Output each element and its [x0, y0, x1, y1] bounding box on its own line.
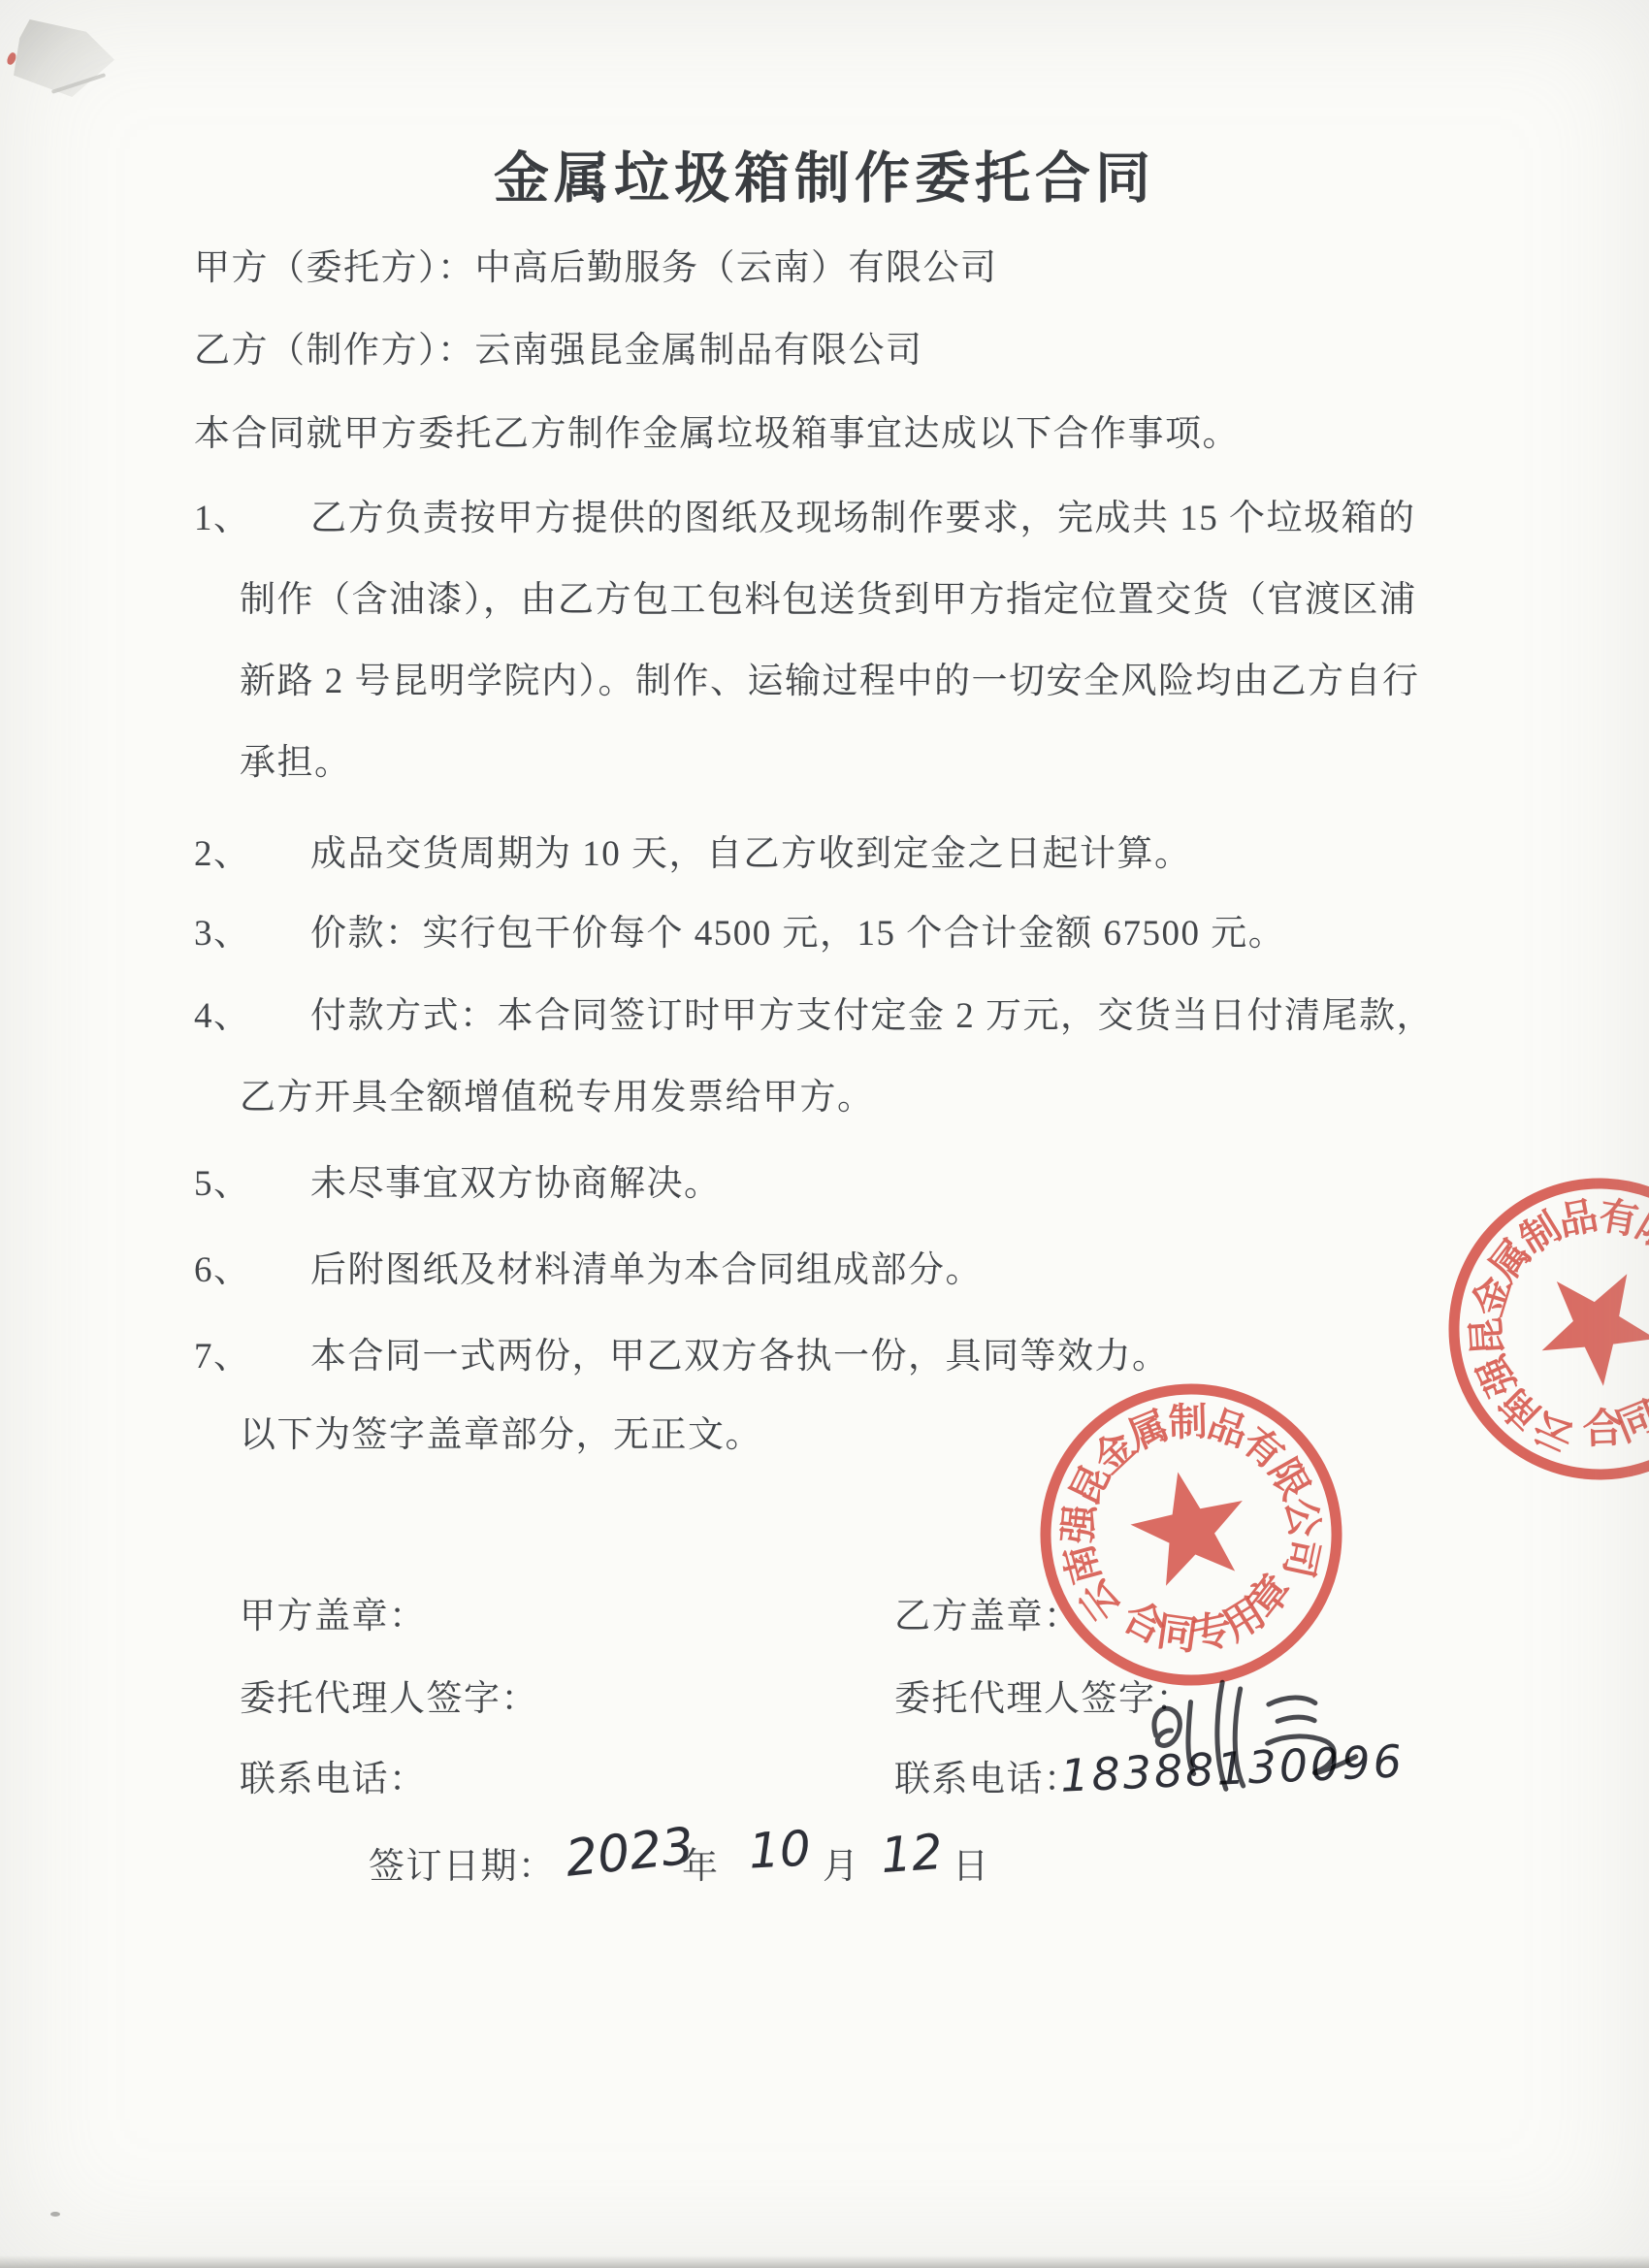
seal-company-char: 制 — [1512, 1205, 1568, 1262]
clause-3-number: 3、 — [194, 910, 310, 958]
seal-type-char: 同 — [1610, 1394, 1649, 1450]
clause-1-line-2: 制作（含油漆），由乙方包工包料包送货到甲方指定位置交货（官渡区浦 — [240, 576, 1417, 625]
clause-6-text: 后附图纸及材料清单为本合同组成部分。 — [310, 1250, 983, 1290]
seal-company-char: 昆 — [1464, 1315, 1510, 1357]
intro-line: 本合同就甲方委托乙方制作金属垃圾箱事宜达成以下合作事项。 — [194, 410, 1240, 459]
seal-type-char: 合 — [1115, 1594, 1173, 1653]
day-unit: 日 — [953, 1836, 989, 1889]
party-b-seal-label: 乙方盖章： — [894, 1586, 1082, 1638]
seal-type-char: 同 — [1154, 1609, 1201, 1659]
seal-company-char: 南 — [1056, 1539, 1109, 1588]
clause-2-line-1: 2、成品交货周期为 10 天，自乙方收到定金之日起计算。 — [194, 830, 1192, 879]
bottom-speck-artifact — [50, 2212, 60, 2217]
clause-4-text: 付款方式：本合同签订时甲方支付定金 2 万元，交货当日付清尾款， — [310, 996, 1434, 1036]
handwritten-month: 10 — [748, 1820, 813, 1879]
handwritten-day: 12 — [879, 1824, 945, 1884]
seal-company-char: 南 — [1491, 1379, 1549, 1438]
handwritten-year: 2023 — [563, 1817, 696, 1889]
scanned-contract-page: 金属垃圾箱制作委托合同 甲方（委托方）：中高后勤服务（云南）有限公司 乙方（制作… — [0, 0, 1649, 2268]
clause-7-line-1: 7、本合同一式两份，甲乙双方各执一份，具同等效力。 — [194, 1333, 1170, 1381]
red-star-icon — [1514, 1243, 1649, 1400]
seal-company-char: 属 — [1122, 1403, 1175, 1458]
party-a-line: 甲方（委托方）：中高后勤服务（云南）有限公司 — [194, 244, 998, 293]
clause-3-text: 价款：实行包干价每个 4500 元，15 个合计金额 67500 元。 — [310, 914, 1285, 954]
clause-2-text: 成品交货周期为 10 天，自乙方收到定金之日起计算。 — [310, 834, 1192, 874]
clause-4-line-1: 4、付款方式：本合同签订时甲方支付定金 2 万元，交货当日付清尾款， — [194, 992, 1434, 1041]
clause-1-number: 1、 — [194, 495, 310, 543]
month-unit: 月 — [823, 1836, 859, 1889]
closing-line: 以下为签字盖章部分，无正文。 — [240, 1411, 762, 1460]
seal-company-char: 限 — [1629, 1204, 1649, 1261]
red-star-icon — [1122, 1460, 1257, 1590]
clause-6-line-1: 6、后附图纸及材料清单为本合同组成部分。 — [194, 1247, 983, 1295]
seal-company-char: 昆 — [1062, 1458, 1118, 1512]
party-a-seal-label: 甲方盖章： — [240, 1586, 427, 1638]
seal-type-char: 合 — [1582, 1406, 1625, 1452]
clause-6-number: 6、 — [194, 1247, 310, 1295]
scan-edge-shadow — [0, 2255, 1649, 2268]
clause-3-line-1: 3、价款：实行包干价每个 4500 元，15 个合计金额 67500 元。 — [194, 910, 1285, 958]
seal-company-char: 属 — [1481, 1232, 1539, 1289]
seal-company-char: 金 — [1466, 1272, 1519, 1321]
clause-4-number: 4、 — [194, 992, 310, 1041]
clause-4-line-2: 乙方开具全额增值税专用发票给甲方。 — [240, 1074, 875, 1122]
seal-company-char: 制 — [1168, 1400, 1208, 1444]
seal-company-char: 限 — [1261, 1451, 1318, 1507]
contract-title: 金属垃圾箱制作委托合同 — [0, 134, 1649, 213]
seal-company-char: 强 — [1055, 1502, 1103, 1546]
seal-company-char: 公 — [1277, 1495, 1327, 1539]
seal-ring — [1394, 1123, 1649, 1535]
party-a-phone-label: 联系电话： — [240, 1749, 427, 1801]
date-label: 签订日期： — [369, 1836, 556, 1889]
seal-type-char: 专 — [1636, 1373, 1649, 1434]
clause-5-number: 5、 — [194, 1160, 310, 1209]
party-a-agent-label: 委托代理人签字： — [240, 1669, 538, 1721]
seal-company-char: 金 — [1085, 1423, 1144, 1481]
clause-5-text: 未尽事宜双方协商解决。 — [310, 1164, 722, 1204]
seal-company-char: 品 — [1203, 1402, 1254, 1456]
seal-company-char: 强 — [1469, 1348, 1525, 1404]
seal-ring — [1018, 1362, 1364, 1707]
seal-type-char: 专 — [1187, 1606, 1237, 1660]
clause-2-number: 2、 — [194, 830, 310, 879]
clause-1-line-1: 1、乙方负责按甲方提供的图纸及现场制作要求，完成共 15 个垃圾箱的 — [194, 495, 1416, 543]
seal-type-char: 用 — [1215, 1591, 1274, 1650]
seal-company-char: 有 — [1235, 1419, 1293, 1477]
seal-company-char: 司 — [1276, 1535, 1326, 1581]
clause-1-line-4: 承担。 — [240, 739, 352, 788]
party-b-line: 乙方（制作方）：云南强昆金属制品有限公司 — [194, 327, 923, 375]
seal-company-char: 品 — [1555, 1193, 1601, 1244]
seal-company-char: 云 — [1527, 1404, 1580, 1459]
seal-company-char: 有 — [1596, 1193, 1641, 1243]
clause-1-text: 乙方负责按甲方提供的图纸及现场制作要求，完成共 15 个垃圾箱的 — [310, 499, 1416, 538]
party-b-phone-label: 联系电话： — [894, 1749, 1082, 1801]
clause-7-number: 7、 — [194, 1333, 310, 1381]
year-unit: 年 — [682, 1836, 719, 1889]
clause-1-line-3: 新路 2 号昆明学院内）。制作、运输过程中的一切安全风险均由乙方自行 — [240, 658, 1420, 706]
clause-5-line-1: 5、未尽事宜双方协商解决。 — [194, 1160, 722, 1209]
handwritten-signature — [1128, 1652, 1382, 1816]
seal-type-char: 章 — [1239, 1566, 1301, 1627]
company-seal-stamp-partial: 云南强昆金属制品有限公司合同专用章 — [1367, 1096, 1649, 1562]
clause-7-text: 本合同一式两份，甲乙双方各执一份，具同等效力。 — [310, 1337, 1170, 1377]
